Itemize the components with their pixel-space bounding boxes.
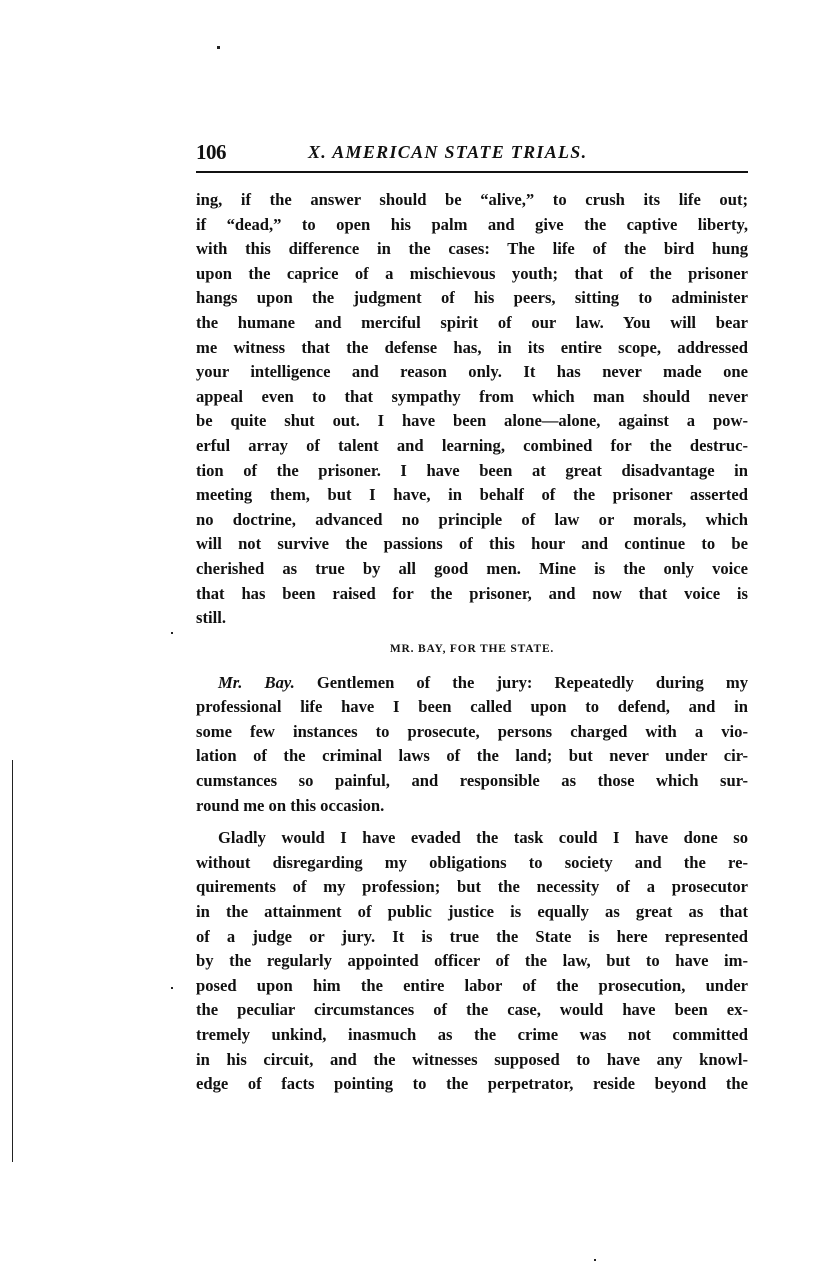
paragraph-line: in the attainment of public justice is e… xyxy=(196,900,748,925)
paragraph-line: meeting them, but I have, in behalf of t… xyxy=(196,483,748,508)
speech-paragraph: Mr. Bay. Gentlemen of the jury: Repeated… xyxy=(196,671,748,819)
scan-speck xyxy=(171,632,173,634)
paragraph-line: Gladly would I have evaded the task coul… xyxy=(196,826,748,851)
speaker-name: Mr. Bay. xyxy=(218,673,295,692)
paragraph-line: by the regularly appointed officer of th… xyxy=(196,949,748,974)
continued-paragraph: ing, if the answer should be “alive,” to… xyxy=(196,188,748,631)
line-text: Gentlemen of the jury: Repeatedly during… xyxy=(295,673,748,692)
paragraph-line: tion of the prisoner. I have been at gre… xyxy=(196,459,748,484)
paragraph-line: some few instances to prosecute, persons… xyxy=(196,720,748,745)
paragraph-line: quirements of my profession; but the nec… xyxy=(196,875,748,900)
paragraph-line: hangs upon the judgment of his peers, si… xyxy=(196,286,748,311)
paragraph-line: lation of the criminal laws of the land;… xyxy=(196,744,748,769)
paragraph-line: posed upon him the entire labor of the p… xyxy=(196,974,748,999)
paragraph-line: without disregarding my obligations to s… xyxy=(196,851,748,876)
paragraph-line: your intelligence and reason only. It ha… xyxy=(196,360,748,385)
paragraph-line: of a judge or jury. It is true the State… xyxy=(196,925,748,950)
book-page: 106 X. AMERICAN STATE TRIALS. ing, if th… xyxy=(0,0,836,1284)
paragraph-line: that has been raised for the prisoner, a… xyxy=(196,582,748,607)
running-head: X. AMERICAN STATE TRIALS. xyxy=(308,142,587,163)
paragraph-line: cherished as true by all good men. Mine … xyxy=(196,557,748,582)
scan-speck xyxy=(171,987,173,989)
scan-speck xyxy=(594,1259,596,1261)
paragraph-line: upon the caprice of a mischievous youth;… xyxy=(196,262,748,287)
paragraph-line: edge of facts pointing to the perpetrato… xyxy=(196,1072,748,1097)
final-paragraph: Gladly would I have evaded the task coul… xyxy=(196,826,748,1097)
paragraph-line: erful array of talent and learning, comb… xyxy=(196,434,748,459)
paragraph-line: round me on this occasion. xyxy=(196,794,748,819)
paragraph-line: appeal even to that sympathy from which … xyxy=(196,385,748,410)
page-number: 106 xyxy=(196,140,226,165)
scan-margin-line xyxy=(12,760,13,1162)
paragraph-line: with this difference in the cases: The l… xyxy=(196,237,748,262)
paragraph-line: professional life have I been called upo… xyxy=(196,695,748,720)
paragraph-line: the humane and merciful spirit of our la… xyxy=(196,311,748,336)
paragraph-line: ing, if the answer should be “alive,” to… xyxy=(196,188,748,213)
section-heading: MR. BAY, FOR THE STATE. xyxy=(196,643,748,659)
paragraph-line: Mr. Bay. Gentlemen of the jury: Repeated… xyxy=(196,671,748,696)
paragraph-line: the peculiar circumstances of the case, … xyxy=(196,998,748,1023)
paragraph-line: be quite shut out. I have been alone—alo… xyxy=(196,409,748,434)
paragraph-line: still. xyxy=(196,606,748,631)
paragraph-line: will not survive the passions of this ho… xyxy=(196,532,748,557)
paragraph-line: tremely unkind, inasmuch as the crime wa… xyxy=(196,1023,748,1048)
header-rule xyxy=(196,171,748,173)
paragraph-line: no doctrine, advanced no principle of la… xyxy=(196,508,748,533)
paragraph-line: if “dead,” to open his palm and give the… xyxy=(196,213,748,238)
body-text: ing, if the answer should be “alive,” to… xyxy=(196,188,748,1097)
paragraph-line: cumstances so painful, and responsible a… xyxy=(196,769,748,794)
paragraph-line: me witness that the defense has, in its … xyxy=(196,336,748,361)
speech-lines: professional life have I been called upo… xyxy=(196,695,748,818)
page-header: 106 X. AMERICAN STATE TRIALS. xyxy=(196,140,748,172)
paragraph-line: in his circuit, and the witnesses suppos… xyxy=(196,1048,748,1073)
scan-speck xyxy=(217,46,220,49)
